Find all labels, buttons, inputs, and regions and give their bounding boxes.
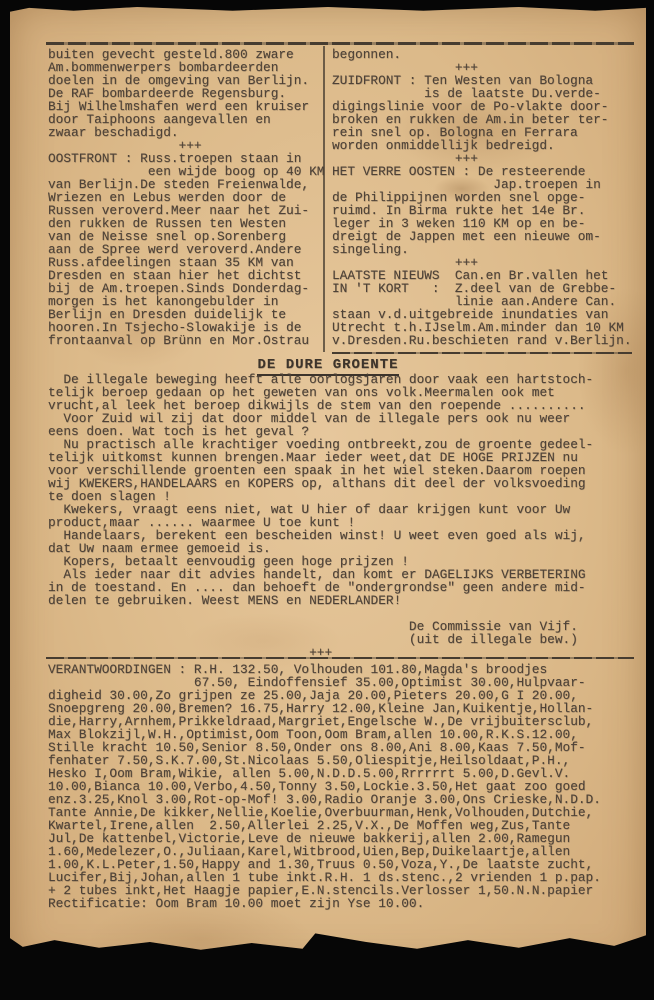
verantwoordingen-text: VERANTWOORDINGEN : R.H. 132.50, Volhoude… xyxy=(48,663,640,910)
right-column-text: begonnen. +++ ZUIDFRONT : Ten Westen van… xyxy=(332,48,640,347)
newspaper-sheet: buiten gevecht gesteld.800 zware Am.bomm… xyxy=(10,6,646,968)
column-divider xyxy=(323,46,325,352)
left-column-text: buiten gevecht gesteld.800 zware Am.bomm… xyxy=(48,48,326,347)
article-body-text: De illegale beweging heeft alle oorlogsj… xyxy=(48,373,632,659)
right-column-bottom-rule xyxy=(332,352,632,354)
section-rule-divider xyxy=(46,657,634,659)
top-rule-divider xyxy=(46,42,634,45)
